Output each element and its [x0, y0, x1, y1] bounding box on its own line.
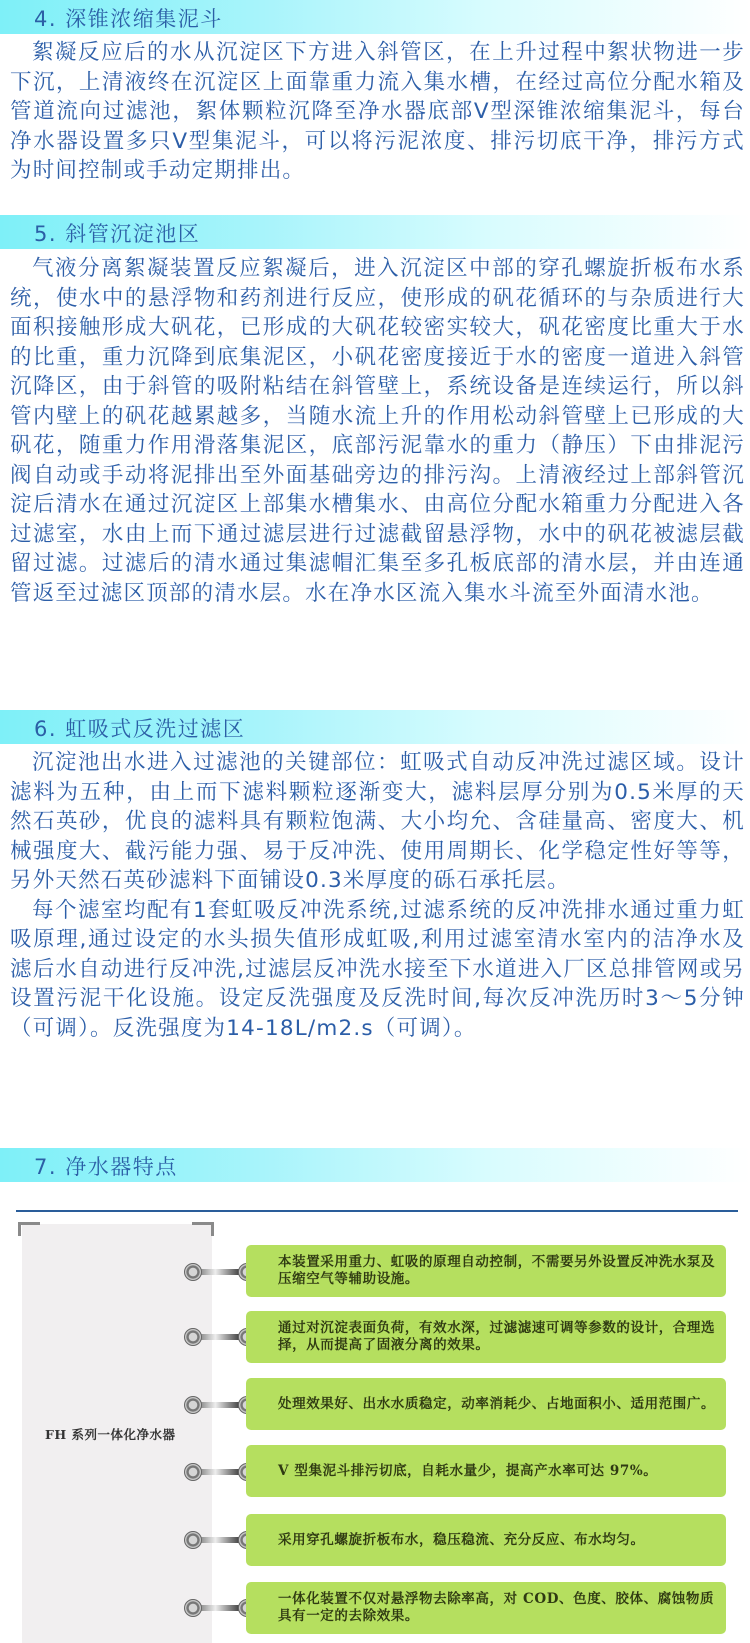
product-label: FH 系列一体化净水器 [45, 1425, 176, 1443]
divider-line [16, 1210, 738, 1212]
section-title: 7. 净水器特点 [34, 1151, 178, 1181]
feature-text: 采用穿孔螺旋折板布水，稳压稳流、充分反应、布水均匀。 [278, 1532, 645, 1549]
feature-text: V 型集泥斗排污切底，自耗水量少，提高产水率可达 97%。 [278, 1463, 657, 1480]
section-body-4: 絮凝反应后的水从沉淀区下方进入斜管区，在上升过程中絮状物进一步下沉，上清液终在沉… [10, 38, 745, 186]
paragraph: 气液分离絮凝装置反应絮凝后，进入沉淀区中部的穿孔螺旋折板布水系统，使水中的悬浮物… [10, 254, 745, 608]
section-body-5: 气液分离絮凝装置反应絮凝后，进入沉淀区中部的穿孔螺旋折板布水系统，使水中的悬浮物… [10, 254, 745, 608]
section-title: 5. 斜管沉淀池区 [34, 218, 200, 248]
section-title: 4. 深锥浓缩集泥斗 [34, 3, 223, 33]
corner-bracket-icon [18, 1222, 40, 1236]
paragraph: 沉淀池出水进入过滤池的关键部位：虹吸式自动反冲洗过滤区域。设计滤料为五种，由上而… [10, 748, 745, 896]
section-header-5: 5. 斜管沉淀池区 [0, 215, 750, 249]
section-body-6: 沉淀池出水进入过滤池的关键部位：虹吸式自动反冲洗过滤区域。设计滤料为五种，由上而… [10, 748, 745, 1043]
section-header-7: 7. 净水器特点 [0, 1148, 750, 1182]
feature-text: 一体化装置不仅对悬浮物去除率高，对 COD、色度、胶体、腐蚀物质具有一定的去除效… [278, 1591, 716, 1625]
feature-box-6: 一体化装置不仅对悬浮物去除率高，对 COD、色度、胶体、腐蚀物质具有一定的去除效… [246, 1582, 726, 1634]
section-header-4: 4. 深锥浓缩集泥斗 [0, 0, 750, 34]
paragraph: 絮凝反应后的水从沉淀区下方进入斜管区，在上升过程中絮状物进一步下沉，上清液终在沉… [10, 38, 745, 186]
feature-box-4: V 型集泥斗排污切底，自耗水量少，提高产水率可达 97%。 [246, 1445, 726, 1497]
feature-box-2: 通过对沉淀表面负荷，有效水深，过滤滤速可调等参数的设计，合理选择，从而提高了固液… [246, 1311, 726, 1363]
feature-text: 处理效果好、出水水质稳定，动率消耗少、占地面积小、适用范围广。 [278, 1396, 715, 1413]
corner-bracket-icon [192, 1222, 214, 1236]
section-header-6: 6. 虹吸式反洗过滤区 [0, 710, 750, 744]
feature-box-5: 采用穿孔螺旋折板布水，稳压稳流、充分反应、布水均匀。 [246, 1514, 726, 1566]
feature-box-3: 处理效果好、出水水质稳定，动率消耗少、占地面积小、适用范围广。 [246, 1378, 726, 1430]
paragraph: 每个滤室均配有1套虹吸反冲洗系统,过滤系统的反冲洗排水通过重力虹吸原理,通过设定… [10, 896, 745, 1044]
feature-text: 本装置采用重力、虹吸的原理自动控制，不需要另外设置反冲洗水泵及压缩空气等辅助设施… [278, 1254, 716, 1288]
feature-box-1: 本装置采用重力、虹吸的原理自动控制，不需要另外设置反冲洗水泵及压缩空气等辅助设施… [246, 1245, 726, 1297]
section-title: 6. 虹吸式反洗过滤区 [34, 713, 245, 743]
feature-text: 通过对沉淀表面负荷，有效水深，过滤滤速可调等参数的设计，合理选择，从而提高了固液… [278, 1320, 716, 1354]
